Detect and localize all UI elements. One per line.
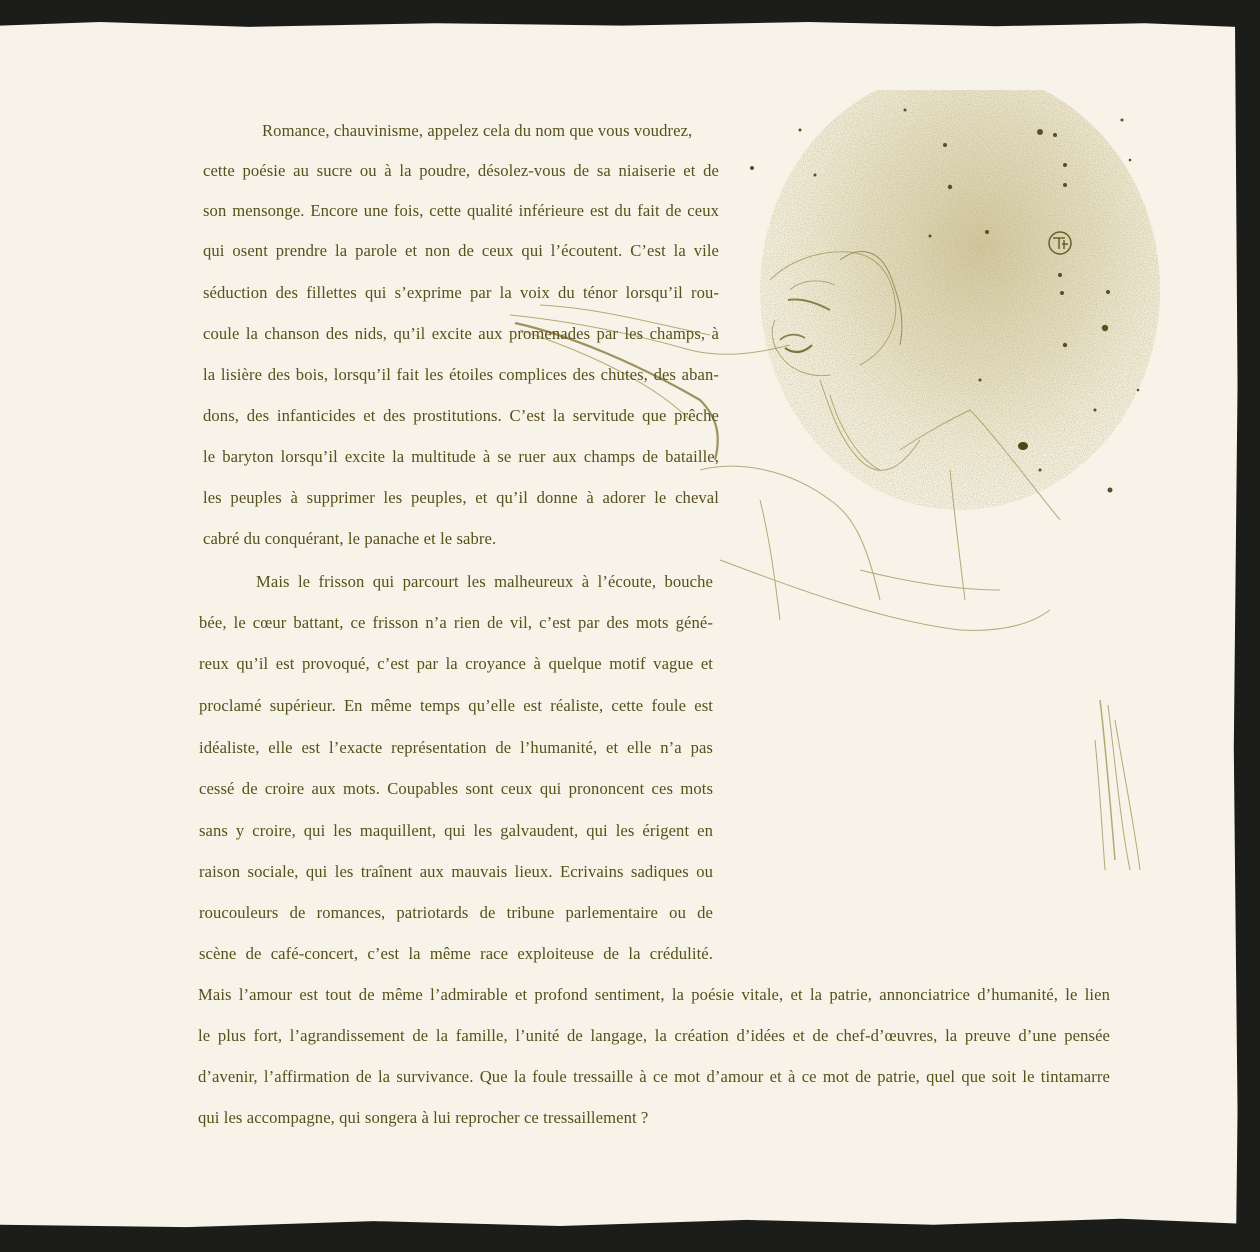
paragraph-1-line: Romance, chauvinisme, appelez cela du no… [262, 121, 719, 141]
paragraph-1-line: coule la chanson des nids, qu’il excite … [203, 324, 719, 344]
paragraph-1-line: cette poésie au sucre ou à la poudre, dé… [203, 161, 719, 181]
paragraph-2-line: bée, le cœur battant, ce frisson n’a rie… [199, 613, 713, 633]
paragraph-2-line: cessé de croire aux mots. Coupables sont… [199, 779, 713, 799]
spatter-background [750, 90, 1160, 510]
paragraph-3-line: Mais l’amour est tout de même l’admirabl… [198, 985, 1110, 1005]
paragraph-2-line: sans y croire, qui les maquillent, qui l… [199, 821, 713, 841]
paragraph-2-line: raison sociale, qui les traînent aux mau… [199, 862, 713, 882]
paragraph-3-line: le plus fort, l’agrandissement de la fam… [198, 1026, 1110, 1046]
paragraph-1-line: son mensonge. Encore une fois, cette qua… [203, 201, 719, 221]
paragraph-2-line: scène de café-concert, c’est la même rac… [199, 944, 713, 964]
paragraph-2-line: idéaliste, elle est l’exacte représentat… [199, 738, 713, 758]
paragraph-2-line: proclamé supérieur. En même temps qu’ell… [199, 696, 713, 716]
paragraph-1-line: le baryton lorsqu’il excite la multitude… [203, 447, 719, 467]
paragraph-1-line: la lisière des bois, lorsqu’il fait les … [203, 365, 719, 385]
paragraph-1-line: les peuples à supprimer les peuples, et … [203, 488, 719, 508]
paragraph-2-line: Mais le frisson qui parcourt les malheur… [256, 572, 713, 592]
paragraph-1-line: séduction des fillettes qui s’exprime pa… [203, 283, 719, 303]
paragraph-1-line: cabré du conquérant, le panache et le sa… [203, 529, 496, 549]
paragraph-1-line: dons, des infanticides et des prostituti… [203, 406, 719, 426]
paragraph-3-line: d’avenir, l’affirmation de la survivance… [198, 1067, 1110, 1087]
paragraph-2-line: reux qu’il est provoqué, c’est par la cr… [199, 654, 713, 674]
paragraph-3-line: qui les accompagne, qui songera à lui re… [198, 1108, 648, 1128]
paragraph-1-line: qui osent prendre la parole et non de ce… [203, 241, 719, 261]
paragraph-2-line: roucouleurs de romances, patriotards de … [199, 903, 713, 923]
